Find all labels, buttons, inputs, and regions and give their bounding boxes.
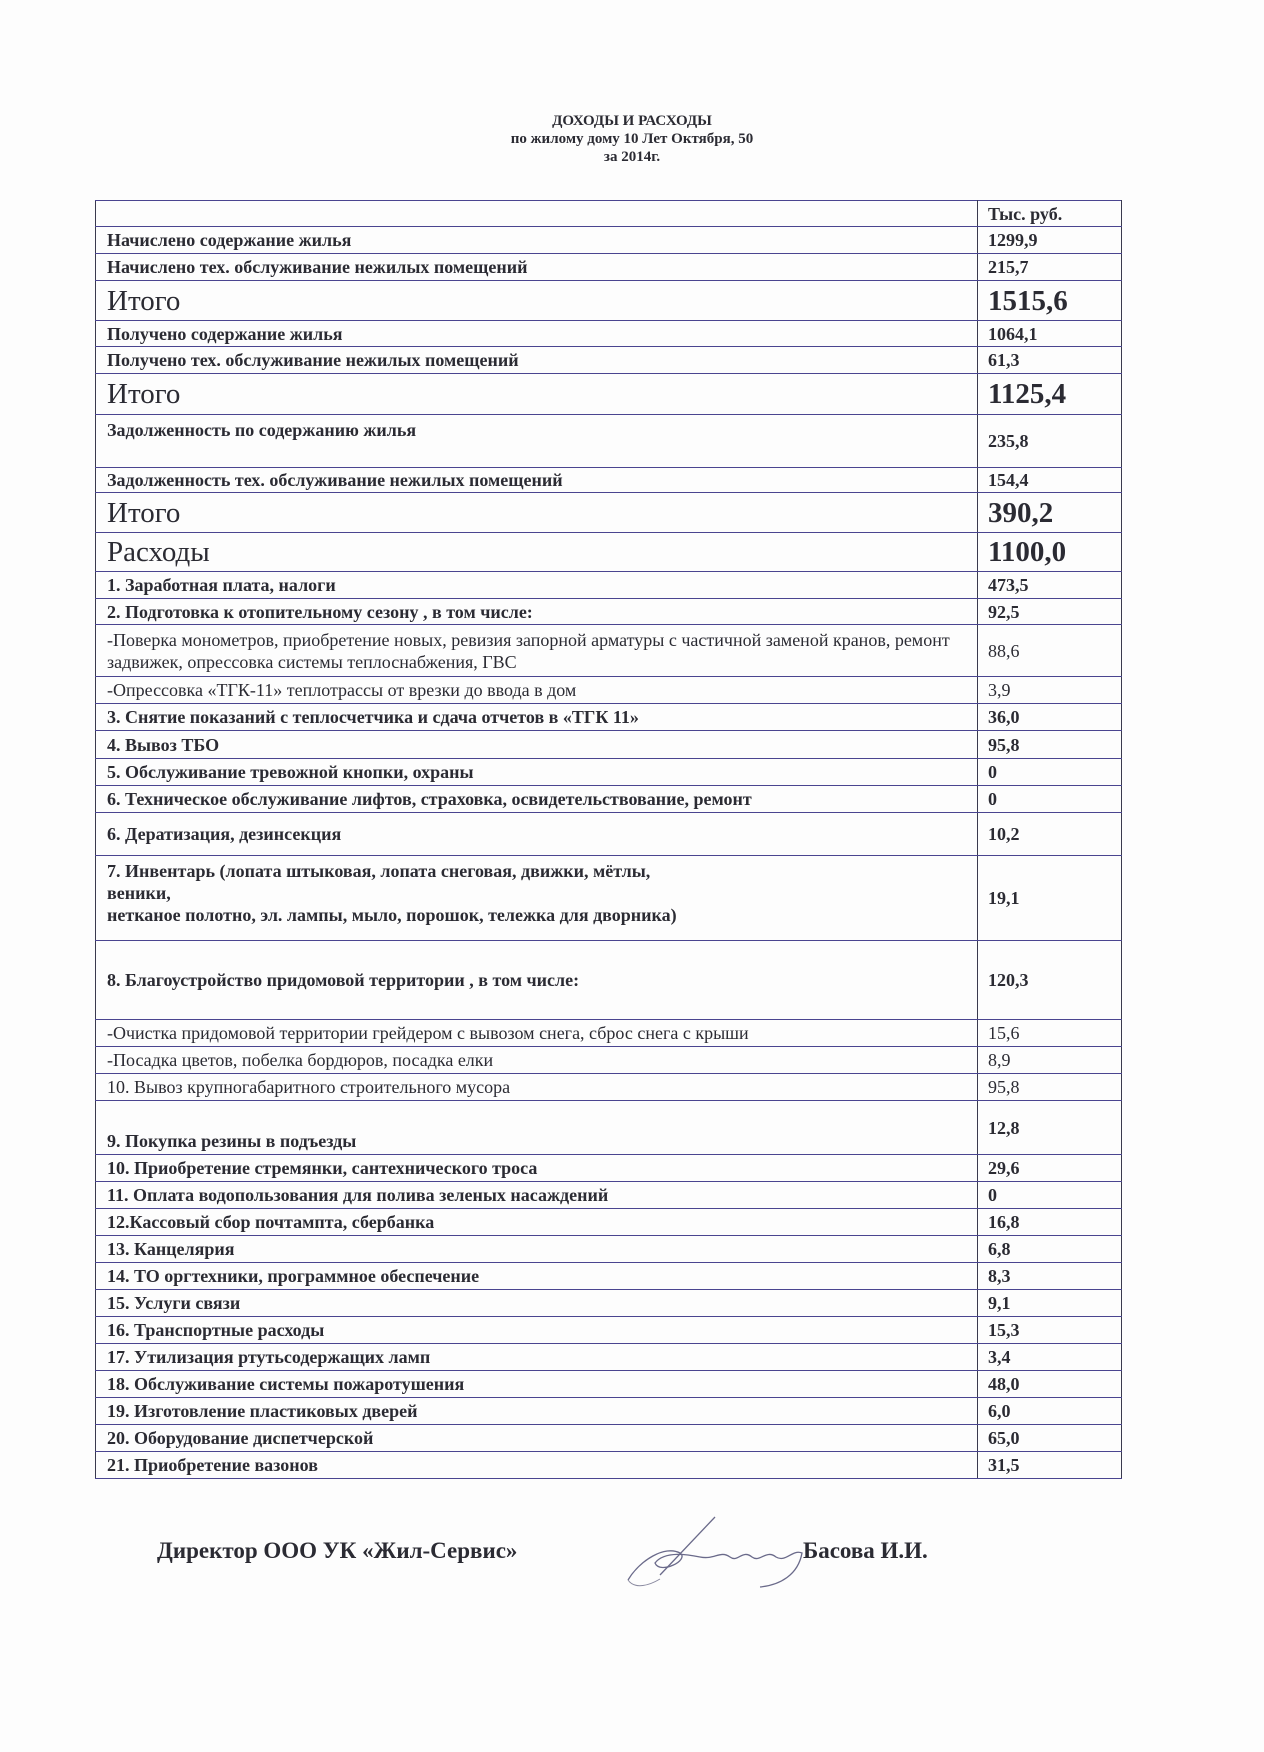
table-row: 7. Инвентарь (лопата штыковая, лопата сн… (96, 856, 1122, 941)
table-row: Начислено содержание жилья1299,9 (96, 227, 1122, 254)
signatory-name: Басова И.И. (803, 1538, 928, 1564)
row-label: Задолженность по содержанию жилья (96, 415, 978, 468)
row-label: 10. Вывоз крупногабаритного строительног… (96, 1074, 978, 1101)
row-label: Получено тех. обслуживание нежилых помещ… (96, 347, 978, 374)
row-value: 473,5 (978, 572, 1122, 599)
table-row: 4. Вывоз ТБО95,8 (96, 731, 1122, 759)
row-value: 3,9 (978, 677, 1122, 704)
table-row: Начислено тех. обслуживание нежилых поме… (96, 254, 1122, 281)
row-label: Расходы (96, 533, 978, 572)
row-label: Получено содержание жилья (96, 321, 978, 347)
table-row: 6. Техническое обслуживание лифтов, стра… (96, 786, 1122, 813)
row-value: 1064,1 (978, 321, 1122, 347)
row-value: 8,3 (978, 1263, 1122, 1290)
table-row: Расходы1100,0 (96, 533, 1122, 572)
row-label: 7. Инвентарь (лопата штыковая, лопата сн… (96, 856, 978, 941)
row-label: Итого (96, 493, 978, 533)
row-label: 5. Обслуживание тревожной кнопки, охраны (96, 759, 978, 786)
table-row: Задолженность по содержанию жилья235,8 (96, 415, 1122, 468)
row-label: 12.Кассовый сбор почтампта, сбербанка (96, 1209, 978, 1236)
row-value: 0 (978, 759, 1122, 786)
row-value: 3,4 (978, 1344, 1122, 1371)
row-label: 10. Приобретение стремянки, сантехническ… (96, 1155, 978, 1182)
row-value: 1100,0 (978, 533, 1122, 572)
table-row: 18. Обслуживание системы пожаротушения48… (96, 1371, 1122, 1398)
row-label: Задолженность тех. обслуживание нежилых … (96, 468, 978, 493)
signatory-position: Директор ООО УК «Жил-Сервис» (157, 1538, 517, 1564)
table-row: 13. Канцелярия6,8 (96, 1236, 1122, 1263)
row-label: Начислено тех. обслуживание нежилых поме… (96, 254, 978, 281)
table-row: 21. Приобретение вазонов31,5 (96, 1452, 1122, 1479)
table-row: 1. Заработная плата, налоги473,5 (96, 572, 1122, 599)
row-label: 1. Заработная плата, налоги (96, 572, 978, 599)
table-row: 10. Вывоз крупногабаритного строительног… (96, 1074, 1122, 1101)
row-label: 8. Благоустройство придомовой территории… (96, 941, 978, 1020)
row-value: 154,4 (978, 468, 1122, 493)
income-expense-table: Тыс. руб. Начислено содержание жилья1299… (95, 200, 1122, 1479)
row-value: 9,1 (978, 1290, 1122, 1317)
row-value: 15,6 (978, 1020, 1122, 1047)
row-label: 17. Утилизация ртутьсодержащих ламп (96, 1344, 978, 1371)
row-value: 16,8 (978, 1209, 1122, 1236)
row-label: 16. Транспортные расходы (96, 1317, 978, 1344)
table-row: 3. Снятие показаний с теплосчетчика и сд… (96, 704, 1122, 731)
row-label: 18. Обслуживание системы пожаротушения (96, 1371, 978, 1398)
row-value: 36,0 (978, 704, 1122, 731)
table-row: Задолженность тех. обслуживание нежилых … (96, 468, 1122, 493)
row-value: 120,3 (978, 941, 1122, 1020)
row-value: 1299,9 (978, 227, 1122, 254)
table-row: Итого1515,6 (96, 281, 1122, 321)
row-label: 3. Снятие показаний с теплосчетчика и сд… (96, 704, 978, 731)
table-row: 5. Обслуживание тревожной кнопки, охраны… (96, 759, 1122, 786)
row-value: 88,6 (978, 625, 1122, 677)
row-label: Итого (96, 374, 978, 415)
header-label-cell (96, 201, 978, 227)
row-value: 10,2 (978, 813, 1122, 856)
row-label: Начислено содержание жилья (96, 227, 978, 254)
table-row: 15. Услуги связи9,1 (96, 1290, 1122, 1317)
row-value: 48,0 (978, 1371, 1122, 1398)
table-row: 12.Кассовый сбор почтампта, сбербанка16,… (96, 1209, 1122, 1236)
table-row: 6. Дератизация, дезинсекция10,2 (96, 813, 1122, 856)
table-row: 11. Оплата водопользования для полива зе… (96, 1182, 1122, 1209)
table-row: 10. Приобретение стремянки, сантехническ… (96, 1155, 1122, 1182)
row-label: 9. Покупка резины в подъезды (96, 1101, 978, 1155)
row-label: 13. Канцелярия (96, 1236, 978, 1263)
row-value: 6,0 (978, 1398, 1122, 1425)
row-value: 12,8 (978, 1101, 1122, 1155)
row-label: 20. Оборудование диспетчерской (96, 1425, 978, 1452)
row-label: -Очистка придомовой территории грейдером… (96, 1020, 978, 1047)
table-row: Итого390,2 (96, 493, 1122, 533)
row-label-line: веники, (107, 882, 977, 904)
row-value: 235,8 (978, 415, 1122, 468)
row-value: 65,0 (978, 1425, 1122, 1452)
table-row: Получено тех. обслуживание нежилых помещ… (96, 347, 1122, 374)
row-label-line: нетканое полотно, эл. лампы, мыло, порош… (107, 904, 977, 926)
table-row: 19. Изготовление пластиковых дверей6,0 (96, 1398, 1122, 1425)
row-value: 95,8 (978, 1074, 1122, 1101)
row-label: 6. Техническое обслуживание лифтов, стра… (96, 786, 978, 813)
document-subtitle: по жилому дому 10 Лет Октября, 50 (0, 130, 1264, 148)
row-label: -Поверка монометров, приобретение новых,… (96, 625, 978, 677)
row-value: 95,8 (978, 731, 1122, 759)
table-row: 9. Покупка резины в подъезды12,8 (96, 1101, 1122, 1155)
row-value: 0 (978, 786, 1122, 813)
table-row: 16. Транспортные расходы15,3 (96, 1317, 1122, 1344)
document-period: за 2014г. (0, 148, 1264, 166)
row-label: 2. Подготовка к отопительному сезону , в… (96, 599, 978, 625)
row-label: Итого (96, 281, 978, 321)
table-row: -Очистка придомовой территории грейдером… (96, 1020, 1122, 1047)
table-row: 14. ТО оргтехники, программное обеспечен… (96, 1263, 1122, 1290)
row-value: 0 (978, 1182, 1122, 1209)
row-label: -Посадка цветов, побелка бордюров, посад… (96, 1047, 978, 1074)
row-value: 31,5 (978, 1452, 1122, 1479)
table-row: Получено содержание жилья1064,1 (96, 321, 1122, 347)
row-value: 215,7 (978, 254, 1122, 281)
row-label: 4. Вывоз ТБО (96, 731, 978, 759)
table-row: 8. Благоустройство придомовой территории… (96, 941, 1122, 1020)
unit-header: Тыс. руб. (978, 201, 1122, 227)
table-row: 17. Утилизация ртутьсодержащих ламп3,4 (96, 1344, 1122, 1371)
table-row: -Поверка монометров, приобретение новых,… (96, 625, 1122, 677)
row-label: 15. Услуги связи (96, 1290, 978, 1317)
table-row: -Опрессовка «ТГК-11» теплотрассы от врез… (96, 677, 1122, 704)
row-label: 11. Оплата водопользования для полива зе… (96, 1182, 978, 1209)
row-value: 15,3 (978, 1317, 1122, 1344)
table-row: 20. Оборудование диспетчерской65,0 (96, 1425, 1122, 1452)
table-row: -Посадка цветов, побелка бордюров, посад… (96, 1047, 1122, 1074)
row-label: 6. Дератизация, дезинсекция (96, 813, 978, 856)
table-row: Итого1125,4 (96, 374, 1122, 415)
signature-icon (620, 1505, 820, 1600)
row-value: 390,2 (978, 493, 1122, 533)
row-value: 19,1 (978, 856, 1122, 941)
row-value: 29,6 (978, 1155, 1122, 1182)
document-title: ДОХОДЫ И РАСХОДЫ (0, 112, 1264, 130)
row-label: 21. Приобретение вазонов (96, 1452, 978, 1479)
row-value: 6,8 (978, 1236, 1122, 1263)
row-value: 8,9 (978, 1047, 1122, 1074)
row-label-line: 7. Инвентарь (лопата штыковая, лопата сн… (107, 860, 977, 882)
table-header-row: Тыс. руб. (96, 201, 1122, 227)
row-value: 1125,4 (978, 374, 1122, 415)
row-label: 14. ТО оргтехники, программное обеспечен… (96, 1263, 978, 1290)
row-label: 19. Изготовление пластиковых дверей (96, 1398, 978, 1425)
table-row: 2. Подготовка к отопительному сезону , в… (96, 599, 1122, 625)
row-value: 92,5 (978, 599, 1122, 625)
row-value: 61,3 (978, 347, 1122, 374)
row-label: -Опрессовка «ТГК-11» теплотрассы от врез… (96, 677, 978, 704)
row-value: 1515,6 (978, 281, 1122, 321)
